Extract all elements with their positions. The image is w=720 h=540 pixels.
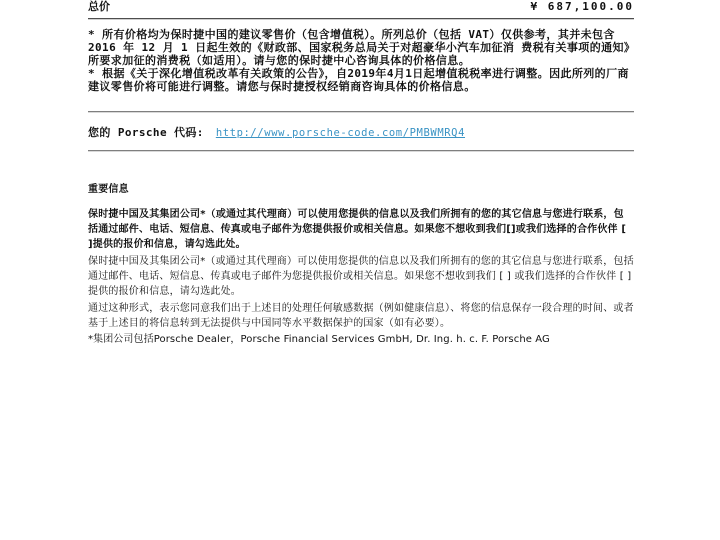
total-divider	[88, 18, 634, 20]
document-content: 总价 ¥ 687,100.00 * 所有价格均为保时捷中国的建议零售价（包含增值…	[88, 0, 634, 347]
group-companies-footnote: *集团公司包括Porsche Dealer，Porsche Financial …	[88, 333, 634, 347]
privacy-consent-paragraph-bold: 保时捷中国及其集团公司*（或通过其代理商）可以使用您提供的信息以及我们所拥有的您…	[88, 207, 634, 252]
data-processing-paragraph: 通过这种形式，表示您同意我们出于上述目的处理任何敏感数据（例如健康信息）、将您的…	[88, 301, 634, 331]
disclaimer-note-vat-reform: * 根据《关于深化增值税改革有关政策的公告》，自2019年4月1日起增值税税率进…	[88, 67, 634, 93]
price-disclaimers: * 所有价格均为保时捷中国的建议零售价（包含增值税）。所列总价（包括 VAT）仅…	[88, 28, 634, 93]
total-price-row: 总价 ¥ 687,100.00	[88, 0, 634, 13]
privacy-consent-paragraph: 保时捷中国及其集团公司*（或通过其代理商）可以使用您提供的信息以及我们所拥有的您…	[88, 254, 634, 299]
porsche-code-link[interactable]: http://www.porsche-code.com/PMBWMRQ4	[216, 126, 465, 140]
privacy-section: 保时捷中国及其集团公司*（或通过其代理商）可以使用您提供的信息以及我们所拥有的您…	[88, 207, 634, 331]
total-price-label: 总价	[88, 1, 110, 13]
porsche-code-row: 您的 Porsche 代码: http://www.porsche-code.c…	[88, 126, 634, 140]
section-divider-top	[88, 111, 634, 113]
total-price-value: ¥ 687,100.00	[531, 1, 634, 13]
porsche-code-label: 您的 Porsche 代码:	[88, 126, 204, 140]
disclaimer-note-consumption-tax: * 所有价格均为保时捷中国的建议零售价（包含增值税）。所列总价（包括 VAT）仅…	[88, 28, 634, 67]
section-divider-bottom	[88, 150, 634, 152]
important-info-heading: 重要信息	[88, 183, 634, 196]
price-document-page: 总价 ¥ 687,100.00 * 所有价格均为保时捷中国的建议零售价（包含增值…	[0, 0, 720, 540]
